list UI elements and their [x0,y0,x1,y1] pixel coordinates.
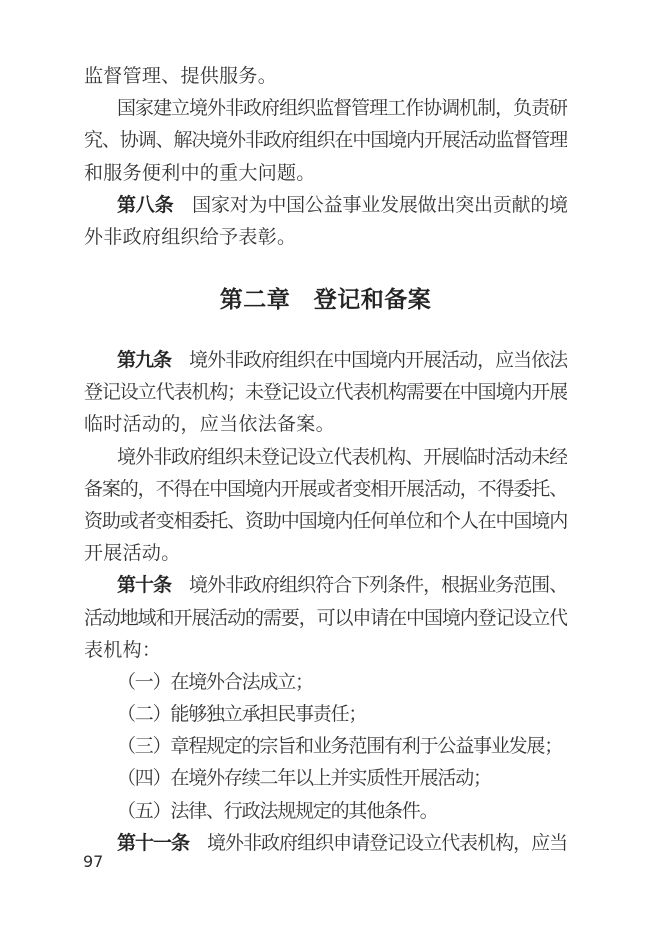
text-segment: 境外非政府组织符合下列条件，根据业务范围、 [171,575,567,596]
text-line: （三）章程规定的宗旨和业务范围有利于公益事业发展； [84,731,567,763]
text-segment: 活动地域和开展活动的需要，可以申请在中国境内登记设立代 [84,608,567,629]
text-segment: （四）在境外存续二年以上并实质性开展活动； [117,768,491,789]
text-line: 第十条 境外非政府组织符合下列条件，根据业务范围、 [84,570,567,602]
text-line: 备案的，不得在中国境内开展或者变相开展活动，不得委托、 [84,474,567,506]
text-line: （二）能够独立承担民事责任； [84,699,567,731]
text-line: 第九条 境外非政府组织在中国境内开展活动，应当依法 [84,345,567,377]
text-segment: 临时活动的，应当依法备案。 [84,414,335,435]
text-segment: 境外非政府组织在中国境内开展活动，应当依法 [171,350,567,371]
text-line: 表机构： [84,635,567,667]
text-line: 第八条 国家对为中国公益事业发展做出突出贡献的境 [84,190,567,222]
text-line: 国家建立境外非政府组织监督管理工作协调机制，负责研 [84,93,567,125]
text-segment: 外非政府组织给予表彰。 [84,227,296,248]
text-segment: 境外非政府组织未登记设立代表机构、开展临时活动未经 [117,447,567,468]
text-segment: 究、协调、解决境外非政府组织在中国境内开展活动监督管理 [84,130,567,151]
text-segment: 监督管理、提供服务。 [84,66,277,87]
article-number: 第十条 [117,575,171,596]
paragraph-block-main: 第九条 境外非政府组织在中国境内开展活动，应当依法登记设立代表机构；未登记设立代… [84,345,567,860]
text-segment: 备案的，不得在中国境内开展或者变相开展活动，不得委托、 [84,479,567,500]
text-segment: （五）法律、行政法规规定的其他条件。 [117,801,437,822]
text-line: 开展活动。 [84,538,567,570]
text-segment: 登记设立代表机构；未登记设立代表机构需要在中国境内开展 [84,382,567,403]
text-line: （四）在境外存续二年以上并实质性开展活动； [84,763,567,795]
text-segment: 境外非政府组织申请登记设立代表机构，应当 [189,833,567,854]
text-line: 资助或者变相委托、资助中国境内任何单位和个人在中国境内 [84,506,567,538]
chapter-heading: 第二章 登记和备案 [84,282,567,316]
page-number: 97 [83,852,103,872]
article-number: 第十一条 [117,833,189,854]
text-segment: 开展活动。 [84,543,181,564]
text-line: 第十一条 境外非政府组织申请登记设立代表机构，应当 [84,828,567,860]
text-line: （五）法律、行政法规规定的其他条件。 [84,796,567,828]
article-number: 第八条 [117,195,173,216]
text-segment: 表机构： [84,640,161,661]
text-segment: （三）章程规定的宗旨和业务范围有利于公益事业发展； [117,736,562,757]
text-line: 登记设立代表机构；未登记设立代表机构需要在中国境内开展 [84,377,567,409]
document-page: 监督管理、提供服务。国家建立境外非政府组织监督管理工作协调机制，负责研究、协调、… [0,0,650,942]
text-segment: （一）在境外合法成立； [117,672,313,693]
text-line: 和服务便利中的重大问题。 [84,158,567,190]
article-number: 第九条 [117,350,171,371]
text-segment: 资助或者变相委托、资助中国境内任何单位和个人在中国境内 [84,511,567,532]
text-segment: 国家对为中国公益事业发展做出突出贡献的境 [173,195,567,216]
text-line: 活动地域和开展活动的需要，可以申请在中国境内登记设立代 [84,603,567,635]
text-line: 究、协调、解决境外非政府组织在中国境内开展活动监督管理 [84,125,567,157]
text-line: 外非政府组织给予表彰。 [84,222,567,254]
text-segment: 和服务便利中的重大问题。 [84,163,316,184]
text-line: （一）在境外合法成立； [84,667,567,699]
text-segment: （二）能够独立承担民事责任； [117,704,366,725]
paragraph-block-top: 监督管理、提供服务。国家建立境外非政府组织监督管理工作协调机制，负责研究、协调、… [84,61,567,254]
text-line: 监督管理、提供服务。 [84,61,567,93]
text-line: 境外非政府组织未登记设立代表机构、开展临时活动未经 [84,442,567,474]
text-line: 临时活动的，应当依法备案。 [84,409,567,441]
text-segment: 国家建立境外非政府组织监督管理工作协调机制，负责研 [117,98,567,119]
